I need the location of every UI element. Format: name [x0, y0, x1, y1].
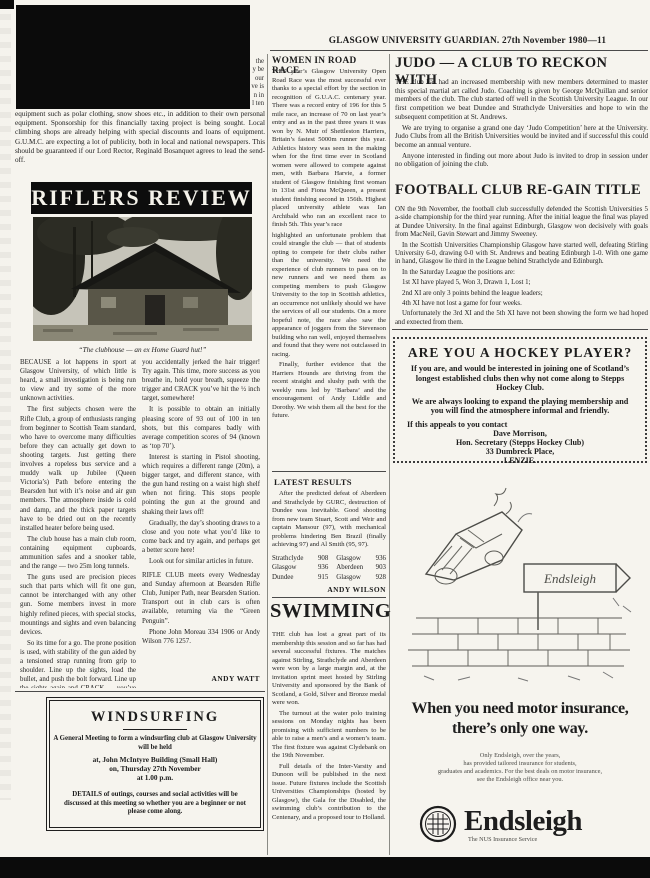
- paragraph: After the predicted defeat of Aberdeen a…: [272, 490, 386, 550]
- newspaper-page: GLASGOW UNIVERSITY GUARDIAN. 27th Novemb…: [0, 0, 650, 878]
- judo-body: THE club has had an increased membership…: [395, 78, 648, 178]
- score-cell: 915: [313, 573, 328, 582]
- paragraph: So its time for a go. The prone position…: [20, 639, 136, 688]
- endsleigh-emblem-icon: [418, 804, 458, 844]
- clubhouse-photo-art: [33, 217, 252, 341]
- endsleigh-tagline: The NUS Insurance Service: [468, 836, 582, 843]
- endsleigh-body-line: has provided tailored insurance for stud…: [398, 760, 642, 768]
- fragment-line: our: [232, 75, 264, 83]
- paragraph: THE club has had an increased membership…: [395, 78, 648, 122]
- windsurfing-ad: WINDSURFING A General Meeting to form a …: [46, 697, 264, 831]
- windsurfing-title-underline: [123, 729, 187, 730]
- paragraph: Unfortunately the 3rd XI and the 5th XI …: [395, 310, 648, 324]
- score-cell: 936: [313, 563, 328, 572]
- car-crash-illustration: Endsleigh: [398, 478, 642, 696]
- fragment-line: ve is: [232, 83, 264, 91]
- endsleigh-headline-2: there’s only one way.: [394, 720, 646, 738]
- hockey-ad: ARE YOU A HOCKEY PLAYER? If you are, and…: [393, 337, 647, 463]
- windsurfing-line: at 1.00 p.m.: [50, 773, 260, 782]
- swimming-headline: SWIMMING: [270, 600, 388, 623]
- mountaineering-article-body: equipment such as polar clothing, snow s…: [15, 110, 265, 180]
- windsurfing-title: WINDSURFING: [50, 709, 260, 726]
- endsleigh-brand: Endsleigh: [464, 806, 582, 836]
- redacted-article-fragments: the y be our ve is n in l ten: [232, 58, 264, 108]
- paragraph: THE club has lost a great part of its me…: [272, 631, 386, 708]
- masthead-rule: [270, 50, 648, 51]
- team-cell: Glasgow: [328, 573, 374, 582]
- football-headline: FOOTBALL CLUB RE-GAIN TITLE: [395, 182, 648, 199]
- table-row: Strathclyde 908 Glasgow 936: [272, 554, 386, 563]
- latest-results-heading: LATEST RESULTS: [274, 477, 386, 487]
- hockey-ad-contact-name: Dave Morrison,: [405, 429, 635, 438]
- paragraph: The guns used are precision pieces such …: [20, 573, 136, 637]
- paragraph: highlighted an unfortunate problem that …: [272, 232, 386, 360]
- paragraph: In the Scottish Universities Championshi…: [395, 242, 648, 267]
- paragraph: Interest is starting in Pistol shooting,…: [142, 453, 260, 517]
- women-road-race-body: THIS year’s Glasgow University Open Road…: [272, 68, 386, 468]
- paragraph: The club house has a main club room, con…: [20, 535, 136, 571]
- column-divider-right: [389, 54, 390, 855]
- paragraph: 4th XI have not lost a game for four wee…: [395, 300, 648, 308]
- redaction-block: [16, 5, 250, 109]
- hockey-ad-title: ARE YOU A HOCKEY PLAYER?: [405, 345, 635, 361]
- paragraph: 1st XI have played 5, Won 3, Drawn 1, Lo…: [395, 279, 648, 287]
- paragraph: Anyone interested in finding out more ab…: [395, 152, 648, 169]
- redaction-corner: [0, 0, 14, 9]
- hockey-ad-contact-town: LENZIE.: [405, 456, 635, 465]
- football-rule-bottom: [392, 329, 648, 330]
- latest-results-byline: ANDY WILSON: [272, 585, 386, 594]
- riflers-byline: ANDY WATT: [142, 674, 260, 683]
- masthead: GLASGOW UNIVERSITY GUARDIAN. 27th Novemb…: [290, 36, 645, 46]
- paragraph: BECAUSE a lot happens in sport at Glasgo…: [20, 358, 136, 403]
- score-cell: 903: [374, 563, 386, 572]
- fragment-line: n in: [232, 92, 264, 100]
- sign-text: Endsleigh: [543, 571, 596, 586]
- results-rule-top: [272, 471, 386, 472]
- windsurfing-line: at, John McIntyre Building (Small Hall): [50, 755, 260, 764]
- paragraph: We are trying to organise a grand one da…: [395, 124, 648, 150]
- table-row: Dundee 915 Glasgow 928: [272, 573, 386, 582]
- windsurfing-details: DETAILS of outings, courses and social a…: [60, 791, 250, 817]
- hockey-ad-contact-intro: If this appeals to you contact: [405, 420, 635, 429]
- paragraph: 2nd XI are only 3 points behind the leag…: [395, 290, 648, 298]
- fragment-line: y be: [232, 66, 264, 74]
- endsleigh-body-line: see the Endsleigh office near you.: [398, 776, 642, 784]
- paragraph: It is possible to obtain an initially pl…: [142, 405, 260, 450]
- endsleigh-logo: Endsleigh The NUS Insurance Service: [418, 796, 638, 852]
- swimming-body: THE club has lost a great part of its me…: [272, 631, 386, 855]
- photo-caption: “The clubhouse — an ex Home Guard hut!”: [33, 346, 252, 354]
- paragraph: The turnout at the water polo training s…: [272, 710, 386, 761]
- paragraph: Look out for similar articles in future.: [142, 557, 260, 566]
- fragment-line: l ten: [232, 100, 264, 108]
- rifle-club-note: RIFLE CLUB meets every Wednesday and Sun…: [142, 571, 260, 626]
- latest-results-summary: After the predicted defeat of Aberdeen a…: [272, 490, 386, 552]
- paragraph: In the Saturday League the positions are…: [395, 269, 648, 277]
- windsurfing-line: A General Meeting to form a windsurfing …: [50, 735, 260, 744]
- car-crash-art: Endsleigh: [398, 478, 642, 696]
- windsurfing-line: on, Thursday 27th November: [50, 764, 260, 773]
- endsleigh-body-line: graduates and academics. For the best de…: [398, 768, 642, 776]
- riflers-review-headline: RIFLERS REVIEW: [31, 182, 252, 214]
- team-cell: Aberdeen: [328, 563, 374, 572]
- hockey-ad-contact-address: 33 Dumbreck Place,: [405, 447, 635, 456]
- team-cell: Dundee: [272, 573, 313, 582]
- paragraph: you accidentally jerked the hair trigger…: [142, 358, 260, 403]
- paragraph: THIS year’s Glasgow University Open Road…: [272, 68, 386, 230]
- endsleigh-body: Only Endsleigh, over the years, has prov…: [398, 752, 642, 784]
- endsleigh-body-line: Only Endsleigh, over the years,: [398, 752, 642, 760]
- paragraph: The first subjects chosen were the Rifle…: [20, 405, 136, 532]
- score-cell: 928: [374, 573, 386, 582]
- column-divider-left: [267, 54, 268, 855]
- fragment-line: the: [232, 58, 264, 66]
- endsleigh-headline-1: When you need motor insurance,: [394, 700, 646, 718]
- team-cell: Glasgow: [328, 554, 374, 563]
- hockey-ad-paragraph: We are always looking to expand the play…: [405, 397, 635, 416]
- football-body: ON the 9th November, the football club s…: [395, 206, 648, 324]
- paragraph: Gradually, the day’s shooting draws to a…: [142, 519, 260, 555]
- bottom-scan-bar: [0, 857, 650, 878]
- scan-noise-left: [0, 0, 11, 800]
- left-section-rule: [15, 691, 265, 692]
- paragraph: ON the 9th November, the football club s…: [395, 206, 648, 240]
- windsurfing-line: will be held: [50, 744, 260, 753]
- hockey-ad-contact-role: Hon. Secretary (Stepps Hockey Club): [405, 438, 635, 447]
- team-cell: Strathclyde: [272, 554, 313, 563]
- latest-results-table: Strathclyde 908 Glasgow 936 Glasgow 936 …: [272, 554, 386, 582]
- paragraph: Full details of the Inter-Varsity and Du…: [272, 763, 386, 823]
- riflers-column-1: BECAUSE a lot happens in sport at Glasgo…: [20, 358, 136, 688]
- hockey-ad-paragraph: If you are, and would be interested in j…: [405, 364, 635, 393]
- team-cell: Glasgow: [272, 563, 313, 572]
- paragraph: Finally, further evidence that the Harri…: [272, 361, 386, 421]
- clubhouse-photo: [33, 217, 252, 341]
- rifle-club-phone: Phone John Moreau 334 1906 or Andy Wilso…: [142, 628, 260, 646]
- score-cell: 908: [313, 554, 328, 563]
- table-row: Glasgow 936 Aberdeen 903: [272, 563, 386, 572]
- riflers-column-2: you accidentally jerked the hair trigger…: [142, 358, 260, 670]
- swimming-rule-top: [272, 597, 386, 598]
- score-cell: 936: [374, 554, 386, 563]
